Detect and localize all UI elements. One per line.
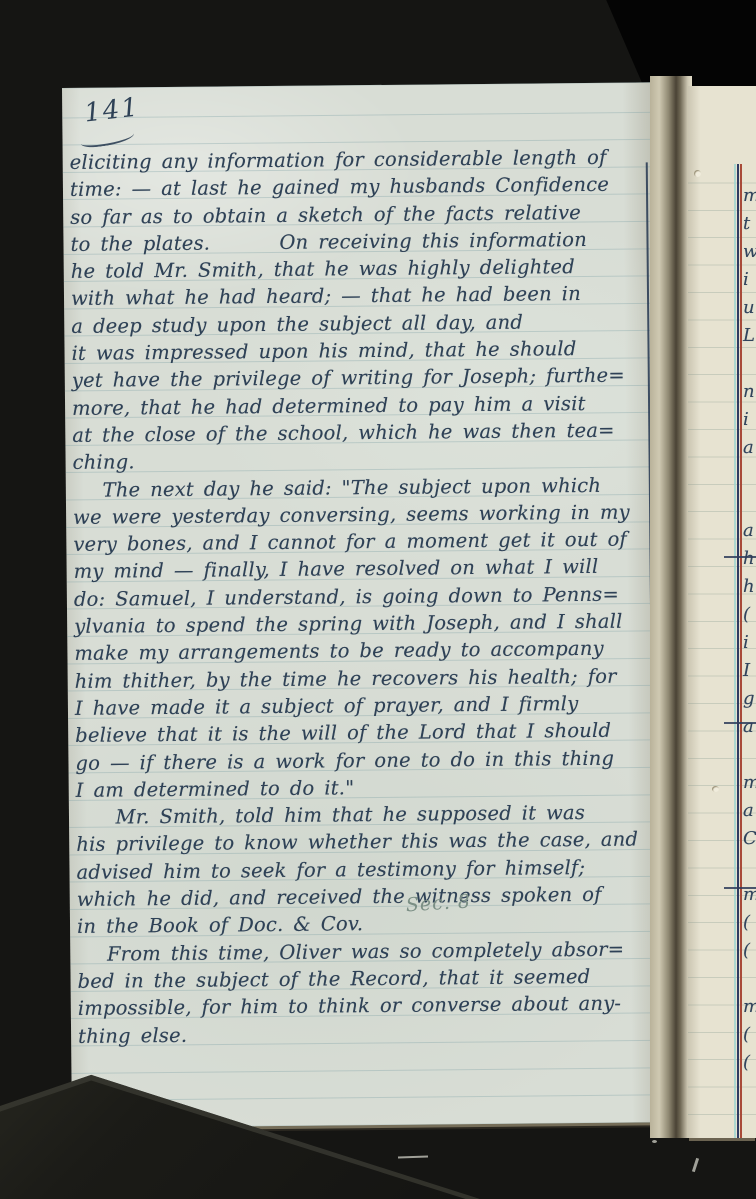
paper-hole	[712, 786, 719, 792]
text-fragment: C	[743, 828, 756, 849]
manuscript-line: thing else.	[78, 1017, 662, 1050]
margin-line	[737, 164, 739, 1138]
next-page-edge: mtwiuLniaahh(iIgamaCm((m((	[688, 86, 756, 1138]
scratch-speck	[692, 1158, 699, 1172]
text-fragment: L	[743, 325, 755, 346]
pencil-annotation: Sec. 8	[405, 890, 471, 916]
scratch-speck	[652, 1140, 657, 1143]
text-fragment: t	[743, 213, 750, 234]
margin-line	[740, 164, 742, 1138]
manuscript-text: eliciting any information for considerab…	[70, 143, 663, 1049]
text-fragment: g	[743, 688, 755, 709]
manuscript-line: with what he had heard; — that he had be…	[71, 280, 655, 313]
text-fragment: i	[743, 409, 749, 430]
paper-hole	[694, 170, 701, 177]
text-fragment: u	[743, 297, 755, 318]
text-fragment: m	[743, 996, 756, 1017]
book-gutter	[650, 76, 692, 1138]
manuscript-line: impossible, for him to think or converse…	[78, 989, 662, 1022]
section-rule-mark	[724, 556, 756, 558]
text-fragment: w	[743, 241, 756, 262]
margin-line	[734, 164, 736, 1138]
text-fragment: i	[743, 632, 749, 653]
manuscript-page: 141 eliciting any information for consid…	[62, 82, 668, 1128]
scanned-manuscript-photo: 141 eliciting any information for consid…	[0, 0, 756, 1199]
section-rule-mark	[724, 887, 756, 889]
text-fragment: h	[743, 548, 755, 569]
text-fragment: a	[743, 437, 754, 458]
text-fragment: n	[743, 381, 755, 402]
text-fragment: (	[743, 912, 750, 933]
text-fragment: (	[743, 1052, 750, 1073]
text-fragment: m	[743, 185, 756, 206]
text-fragment: a	[743, 716, 754, 737]
scratch-speck	[398, 1155, 428, 1158]
text-fragment: (	[743, 940, 750, 961]
text-fragment: a	[743, 800, 754, 821]
text-fragment: (	[743, 1024, 750, 1045]
text-fragment: m	[743, 772, 756, 793]
text-fragment: i	[743, 269, 749, 290]
page-number: 141	[83, 92, 142, 128]
section-rule-mark	[724, 722, 756, 724]
text-fragment: h	[743, 576, 755, 597]
text-fragment: I	[743, 660, 750, 681]
text-fragment: (	[743, 604, 750, 625]
manuscript-line: go — if there is a work for one to do in…	[75, 744, 659, 777]
text-fragment: a	[743, 520, 754, 541]
